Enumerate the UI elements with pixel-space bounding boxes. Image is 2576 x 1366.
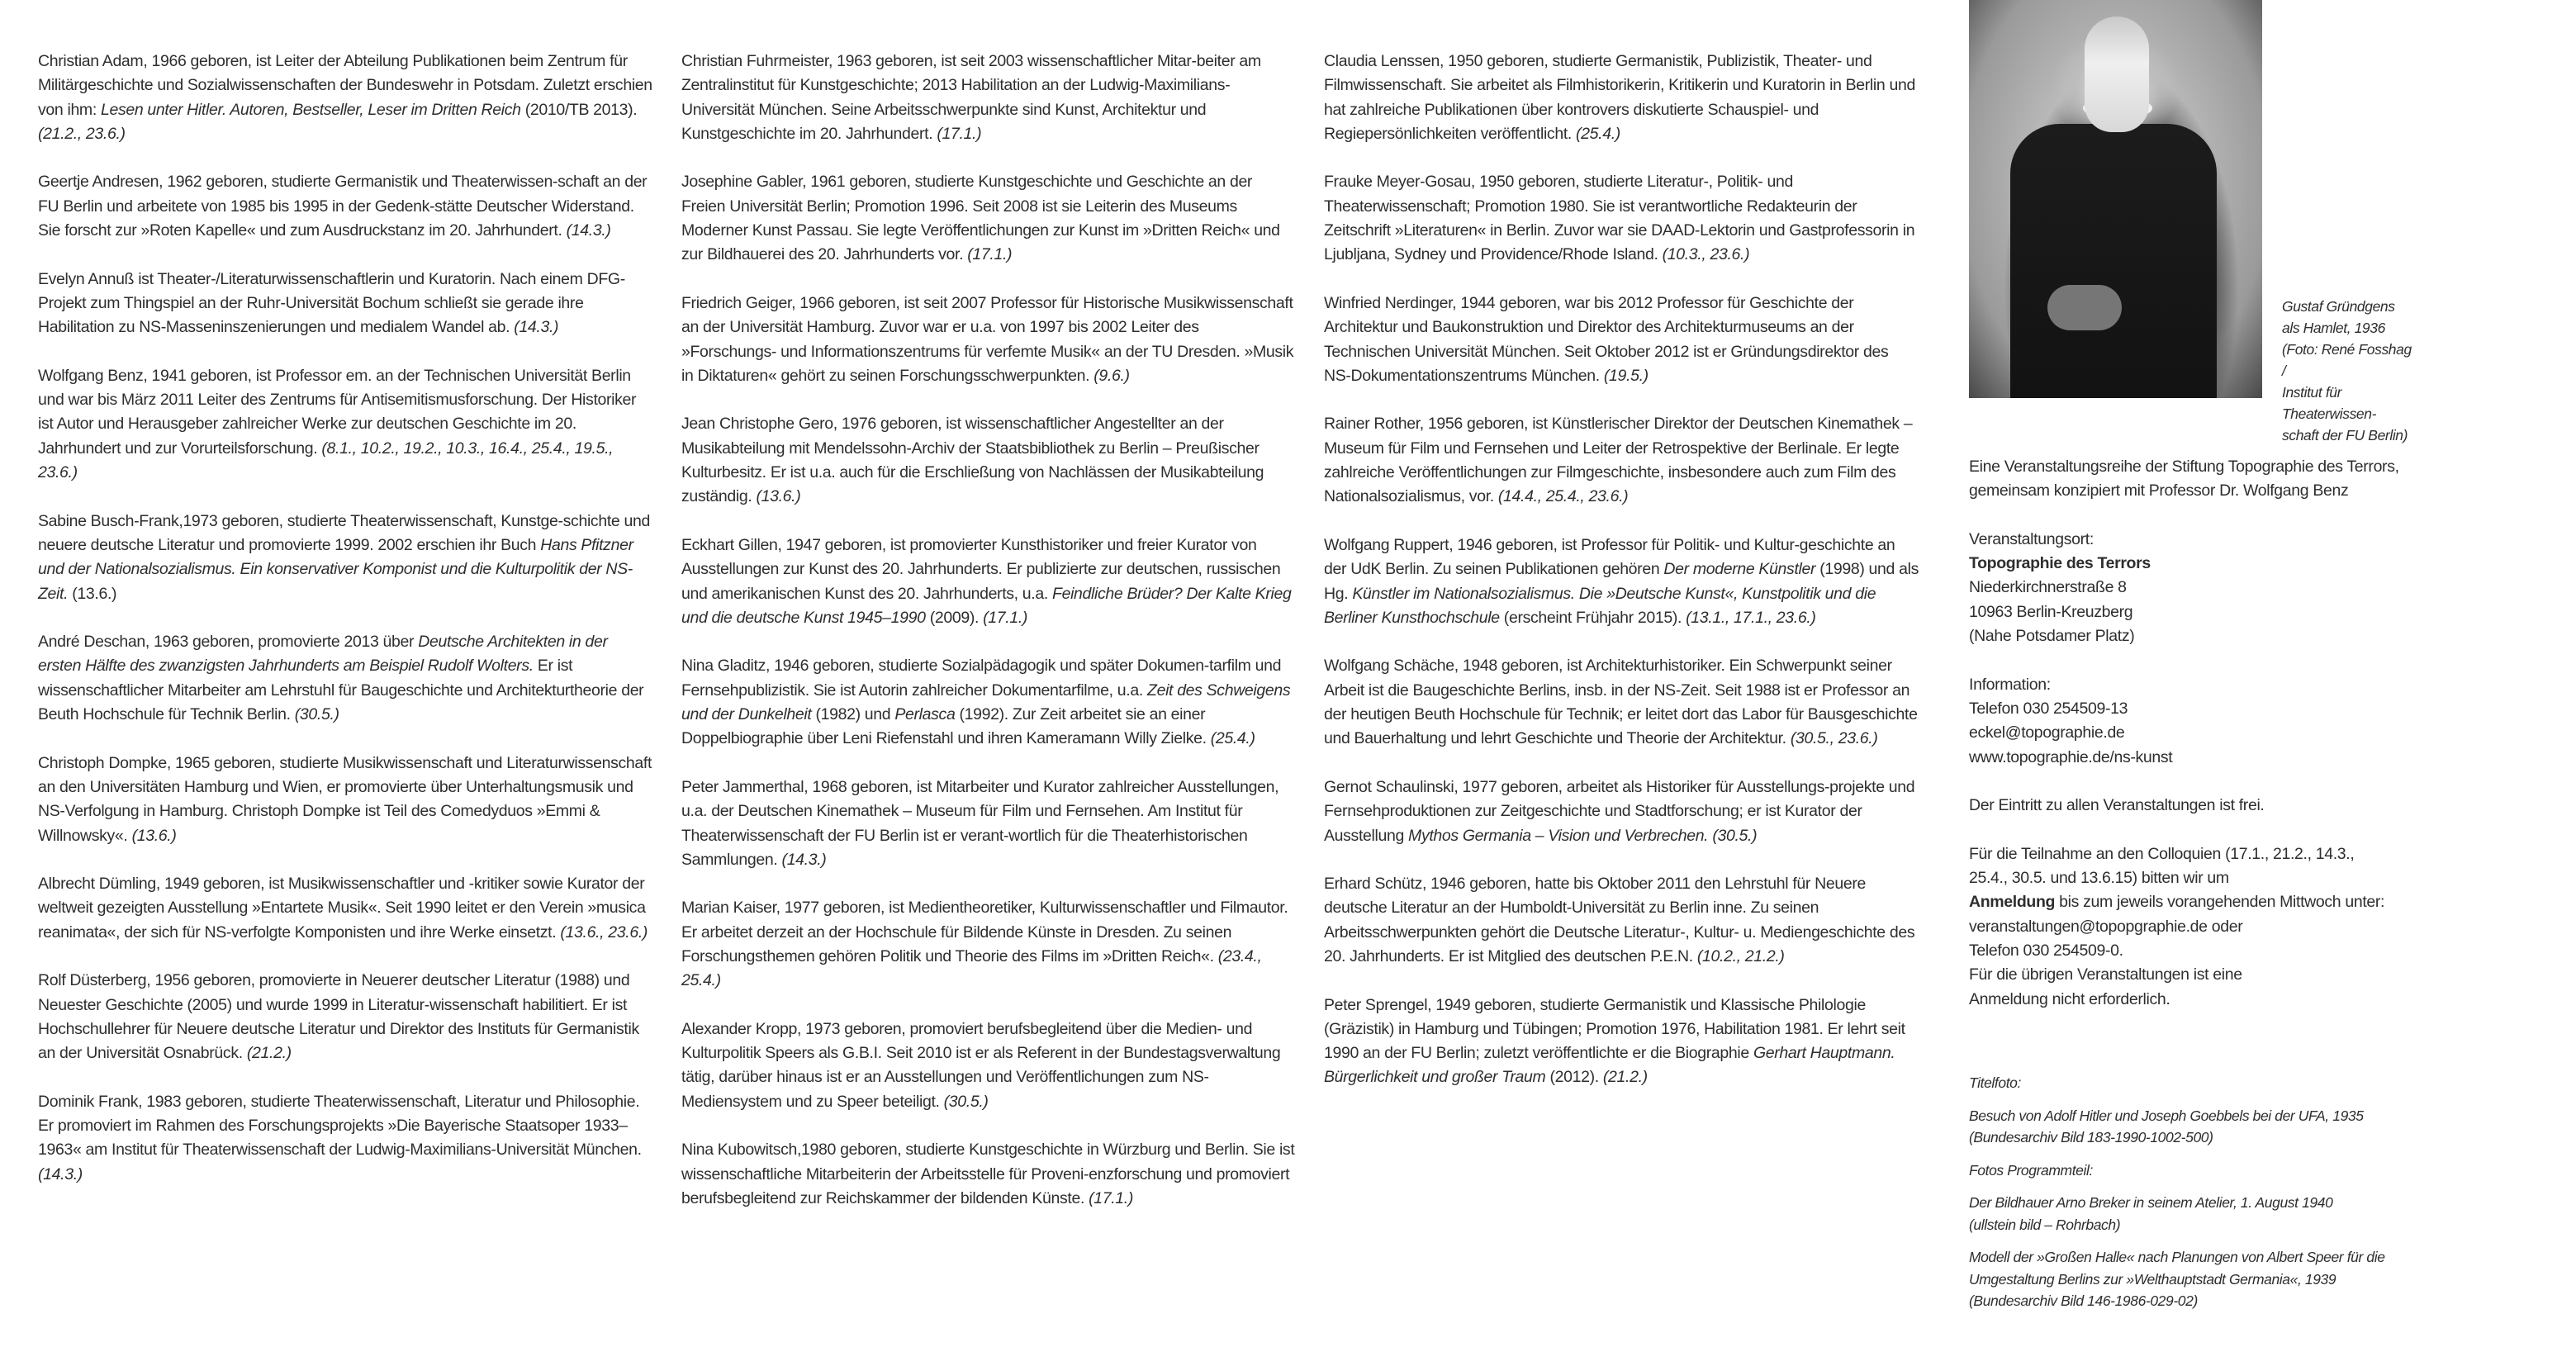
venue-note: (Nahe Potsdamer Platz) — [1969, 624, 2465, 648]
intro-line: Eine Veranstaltungsreihe der Stiftung To… — [1969, 455, 2465, 479]
credit-line: Umgestaltung Berlins zur »Welthauptstadt… — [1969, 1269, 2465, 1291]
bio-text: (13.6.) — [68, 585, 116, 603]
bio-column-2: Christian Fuhrmeister, 1963 geboren, ist… — [681, 50, 1297, 1236]
credit-line: (ullstein bild – Rohrbach) — [1969, 1214, 2465, 1236]
bio-entry: Peter Jammerthal, 1968 geboren, ist Mita… — [681, 775, 1297, 872]
bio-italic-text: (17.1.) — [937, 125, 981, 143]
bio-entry: Christoph Dompke, 1965 geboren, studiert… — [38, 752, 653, 848]
bio-italic-text: (25.4.) — [1576, 125, 1620, 143]
venue-label: Veranstaltungsort: — [1969, 528, 2465, 552]
credits-program-label: Fotos Programmteil: — [1969, 1160, 2465, 1182]
caption-line: Gustaf Gründgens — [2282, 296, 2414, 317]
bio-italic-text: (17.1.) — [983, 609, 1027, 627]
venue-block: Veranstaltungsort: Topographie des Terro… — [1969, 528, 2465, 648]
event-info: Eine Veranstaltungsreihe der Stiftung To… — [1969, 455, 2465, 1036]
bio-italic-text: (21.2.) — [1603, 1068, 1648, 1086]
bio-entry: Claudia Lenssen, 1950 geboren, studierte… — [1324, 50, 1919, 146]
caption-line: schaft der FU Berlin) — [2282, 425, 2414, 446]
bio-italic-text: Perlasca — [894, 705, 955, 723]
bio-text: (2010/TB 2013). — [521, 101, 638, 119]
bio-column-1: Christian Adam, 1966 geboren, ist Leiter… — [38, 50, 653, 1211]
bio-text: Frauke Meyer-Gosau, 1950 geboren, studie… — [1324, 173, 1914, 263]
bio-text: (erscheint Frühjahr 2015). — [1500, 609, 1686, 627]
photo-credits: Titelfoto: Besuch von Adolf Hitler und J… — [1969, 1072, 2465, 1323]
bio-entry: Geertje Andresen, 1962 geboren, studiert… — [38, 170, 653, 243]
registration-line: Anmeldung bis zum jeweils vorangehenden … — [1969, 890, 2465, 914]
bio-entry: Christian Fuhrmeister, 1963 geboren, ist… — [681, 50, 1297, 146]
credit-program-photo-2: Modell der »Großen Halle« nach Planungen… — [1969, 1246, 2465, 1312]
bio-entry: Gernot Schaulinski, 1977 geboren, arbeit… — [1324, 775, 1919, 848]
credit-label: Titelfoto: — [1969, 1072, 2465, 1094]
bio-italic-text: (30.5.) — [1712, 827, 1757, 845]
bio-entry: Erhard Schütz, 1946 geboren, hatte bis O… — [1324, 872, 1919, 969]
bio-text: (2012). — [1545, 1068, 1602, 1086]
bio-entry: Sabine Busch-Frank,1973 geboren, studier… — [38, 510, 653, 606]
contact-block: Information: Telefon 030 254509-13 eckel… — [1969, 673, 2465, 770]
credit-line: Der Bildhauer Arno Breker in seinem Atel… — [1969, 1192, 2465, 1214]
admission-note: Der Eintritt zu allen Veranstaltungen is… — [1969, 794, 2465, 818]
bio-entry: Marian Kaiser, 1977 geboren, ist Medient… — [681, 896, 1297, 993]
bio-italic-text: Der moderne Künstler — [1663, 560, 1815, 578]
bio-italic-text: (14.4., 25.4., 23.6.) — [1498, 487, 1628, 505]
registration-line: Für die Teilnahme an den Colloquien (17.… — [1969, 842, 2465, 866]
bio-entry: Jean Christophe Gero, 1976 geboren, ist … — [681, 412, 1297, 509]
caption-line: (Foto: René Fosshag / — [2282, 339, 2414, 382]
bio-entry: André Deschan, 1963 geboren, promovierte… — [38, 630, 653, 727]
bio-italic-text: (14.3.) — [567, 221, 611, 240]
photo-figure-head — [2085, 17, 2149, 132]
bio-column-3: Claudia Lenssen, 1950 geboren, studierte… — [1324, 50, 1919, 1114]
caption-line: als Hamlet, 1936 — [2282, 317, 2414, 339]
bio-italic-text: (14.3.) — [782, 851, 827, 869]
bio-italic-text: (13.1., 17.1., 23.6.) — [1686, 609, 1815, 627]
registration-rest: bis zum jeweils vorangehenden Mittwoch u… — [2055, 893, 2384, 911]
bio-entry: Evelyn Annuß ist Theater-/Literaturwisse… — [38, 268, 653, 340]
contact-phone: Telefon 030 254509-13 — [1969, 697, 2465, 721]
bio-italic-text: (13.6.) — [132, 827, 177, 845]
bio-entry: Josephine Gabler, 1961 geboren, studiert… — [681, 170, 1297, 267]
credit-line: Besuch von Adolf Hitler und Joseph Goebb… — [1969, 1105, 2465, 1127]
bio-italic-text: (10.2., 21.2.) — [1697, 947, 1785, 965]
bio-entry: Peter Sprengel, 1949 geboren, studierte … — [1324, 994, 1919, 1090]
bio-entry: Friedrich Geiger, 1966 geboren, ist seit… — [681, 292, 1297, 388]
bio-italic-text: Lesen unter Hitler. Autoren, Bestseller,… — [101, 101, 521, 119]
intro-line: gemeinsam konzipiert mit Professor Dr. W… — [1969, 479, 2465, 503]
contact-email-link[interactable]: eckel@topographie.de — [1969, 721, 2465, 745]
bio-text: Christoph Dompke, 1965 geboren, studiert… — [38, 754, 652, 845]
bio-italic-text: (25.4.) — [1211, 729, 1255, 747]
bio-italic-text: (9.6.) — [1093, 367, 1129, 385]
bio-entry: Nina Kubowitsch,1980 geboren, studierte … — [681, 1138, 1297, 1211]
bio-text: Peter Jammerthal, 1968 geboren, ist Mita… — [681, 778, 1279, 869]
bio-text: Friedrich Geiger, 1966 geboren, ist seit… — [681, 294, 1293, 385]
venue-name: Topographie des Terrors — [1969, 552, 2465, 576]
bio-italic-text: (19.5.) — [1604, 367, 1649, 385]
contact-website-link[interactable]: www.topographie.de/ns-kunst — [1969, 746, 2465, 770]
credit-line: (Bundesarchiv Bild 183-1990-1002-500) — [1969, 1126, 2465, 1149]
registration-block: Für die Teilnahme an den Colloquien (17.… — [1969, 842, 2465, 1012]
credit-label: Fotos Programmteil: — [1969, 1160, 2465, 1182]
bio-italic-text: (30.5.) — [295, 705, 339, 723]
bio-text: Geertje Andresen, 1962 geboren, studiert… — [38, 173, 647, 240]
bio-text: Albrecht Dümling, 1949 geboren, ist Musi… — [38, 875, 646, 941]
credit-program-photo-1: Der Bildhauer Arno Breker in seinem Atel… — [1969, 1192, 2465, 1236]
registration-phone: Telefon 030 254509-0. — [1969, 939, 2465, 963]
credits-title-label: Titelfoto: — [1969, 1072, 2465, 1094]
bio-text: André Deschan, 1963 geboren, promovierte… — [38, 633, 418, 651]
bio-entry: Rainer Rother, 1956 geboren, ist Künstle… — [1324, 412, 1919, 509]
bio-italic-text: (13.6.) — [756, 487, 800, 505]
bio-italic-text: (14.3.) — [514, 318, 558, 336]
photo-caption: Gustaf Gründgens als Hamlet, 1936 (Foto:… — [2282, 296, 2414, 446]
bio-italic-text: (30.5.) — [944, 1093, 989, 1111]
bio-entry: Frauke Meyer-Gosau, 1950 geboren, studie… — [1324, 170, 1919, 267]
bio-italic-text: (30.5., 23.6.) — [1791, 729, 1878, 747]
series-intro: Eine Veranstaltungsreihe der Stiftung To… — [1969, 455, 2465, 504]
portrait-photo — [1969, 0, 2262, 398]
credit-title-photo: Besuch von Adolf Hitler und Joseph Goebb… — [1969, 1105, 2465, 1149]
bio-entry: Alexander Kropp, 1973 geboren, promovier… — [681, 1017, 1297, 1114]
venue-city: 10963 Berlin-Kreuzberg — [1969, 600, 2465, 624]
admission-text: Der Eintritt zu allen Veranstaltungen is… — [1969, 794, 2465, 818]
bio-italic-text: (14.3.) — [38, 1165, 83, 1183]
registration-email-link[interactable]: veranstaltungen@topopgraphie.de oder — [1969, 915, 2465, 939]
venue-street: Niederkirchnerstraße 8 — [1969, 576, 2465, 600]
bio-italic-text: (10.3., 23.6.) — [1663, 245, 1750, 263]
bio-italic-text: (21.2.) — [247, 1044, 292, 1062]
bio-entry: Wolfgang Schäche, 1948 geboren, ist Arch… — [1324, 654, 1919, 751]
bio-entry: Winfried Nerdinger, 1944 geboren, war bi… — [1324, 292, 1919, 388]
bio-text: Marian Kaiser, 1977 geboren, ist Medient… — [681, 899, 1288, 965]
registration-bold: Anmeldung — [1969, 893, 2055, 911]
registration-note: Für die übrigen Veranstaltungen ist eine — [1969, 963, 2465, 987]
bio-italic-text: (13.6., 23.6.) — [560, 923, 648, 941]
bio-italic-text: (17.1.) — [1089, 1189, 1133, 1207]
photo-figure-body — [2010, 124, 2217, 398]
bio-text: (1982) und — [811, 705, 894, 723]
bio-entry: Nina Gladitz, 1946 geboren, studierte So… — [681, 654, 1297, 751]
bio-italic-text: (17.1.) — [967, 245, 1012, 263]
bio-italic-text: Mythos Germania – Vision und Verbrechen. — [1408, 827, 1708, 845]
bio-text: Dominik Frank, 1983 geboren, studierte T… — [38, 1093, 642, 1160]
registration-note: Anmeldung nicht erforderlich. — [1969, 988, 2465, 1012]
credit-line: (Bundesarchiv Bild 146-1986-029-02) — [1969, 1290, 2465, 1312]
bio-text: (2009). — [926, 609, 983, 627]
bio-entry: Wolfgang Ruppert, 1946 geboren, ist Prof… — [1324, 534, 1919, 630]
bio-entry: Albrecht Dümling, 1949 geboren, ist Musi… — [38, 872, 653, 945]
bio-text: Rolf Düsterberg, 1956 geboren, promovier… — [38, 971, 639, 1062]
caption-line: Institut für Theaterwissen- — [2282, 382, 2414, 425]
credit-line: Modell der »Großen Halle« nach Planungen… — [1969, 1246, 2465, 1269]
bio-entry: Dominik Frank, 1983 geboren, studierte T… — [38, 1090, 653, 1187]
bio-entry: Christian Adam, 1966 geboren, ist Leiter… — [38, 50, 653, 146]
bio-text: Erhard Schütz, 1946 geboren, hatte bis O… — [1324, 875, 1914, 965]
bio-text: Nina Kubowitsch,1980 geboren, studierte … — [681, 1141, 1294, 1207]
bio-entry: Eckhart Gillen, 1947 geboren, ist promov… — [681, 534, 1297, 630]
bio-entry: Wolfgang Benz, 1941 geboren, ist Profess… — [38, 364, 653, 485]
bio-italic-text: (21.2., 23.6.) — [38, 125, 126, 143]
bio-entry: Rolf Düsterberg, 1956 geboren, promovier… — [38, 969, 653, 1065]
photo-figure-hands — [2047, 285, 2122, 330]
registration-line: 25.4., 30.5. und 13.6.15) bitten wir um — [1969, 866, 2465, 890]
contact-label: Information: — [1969, 673, 2465, 697]
